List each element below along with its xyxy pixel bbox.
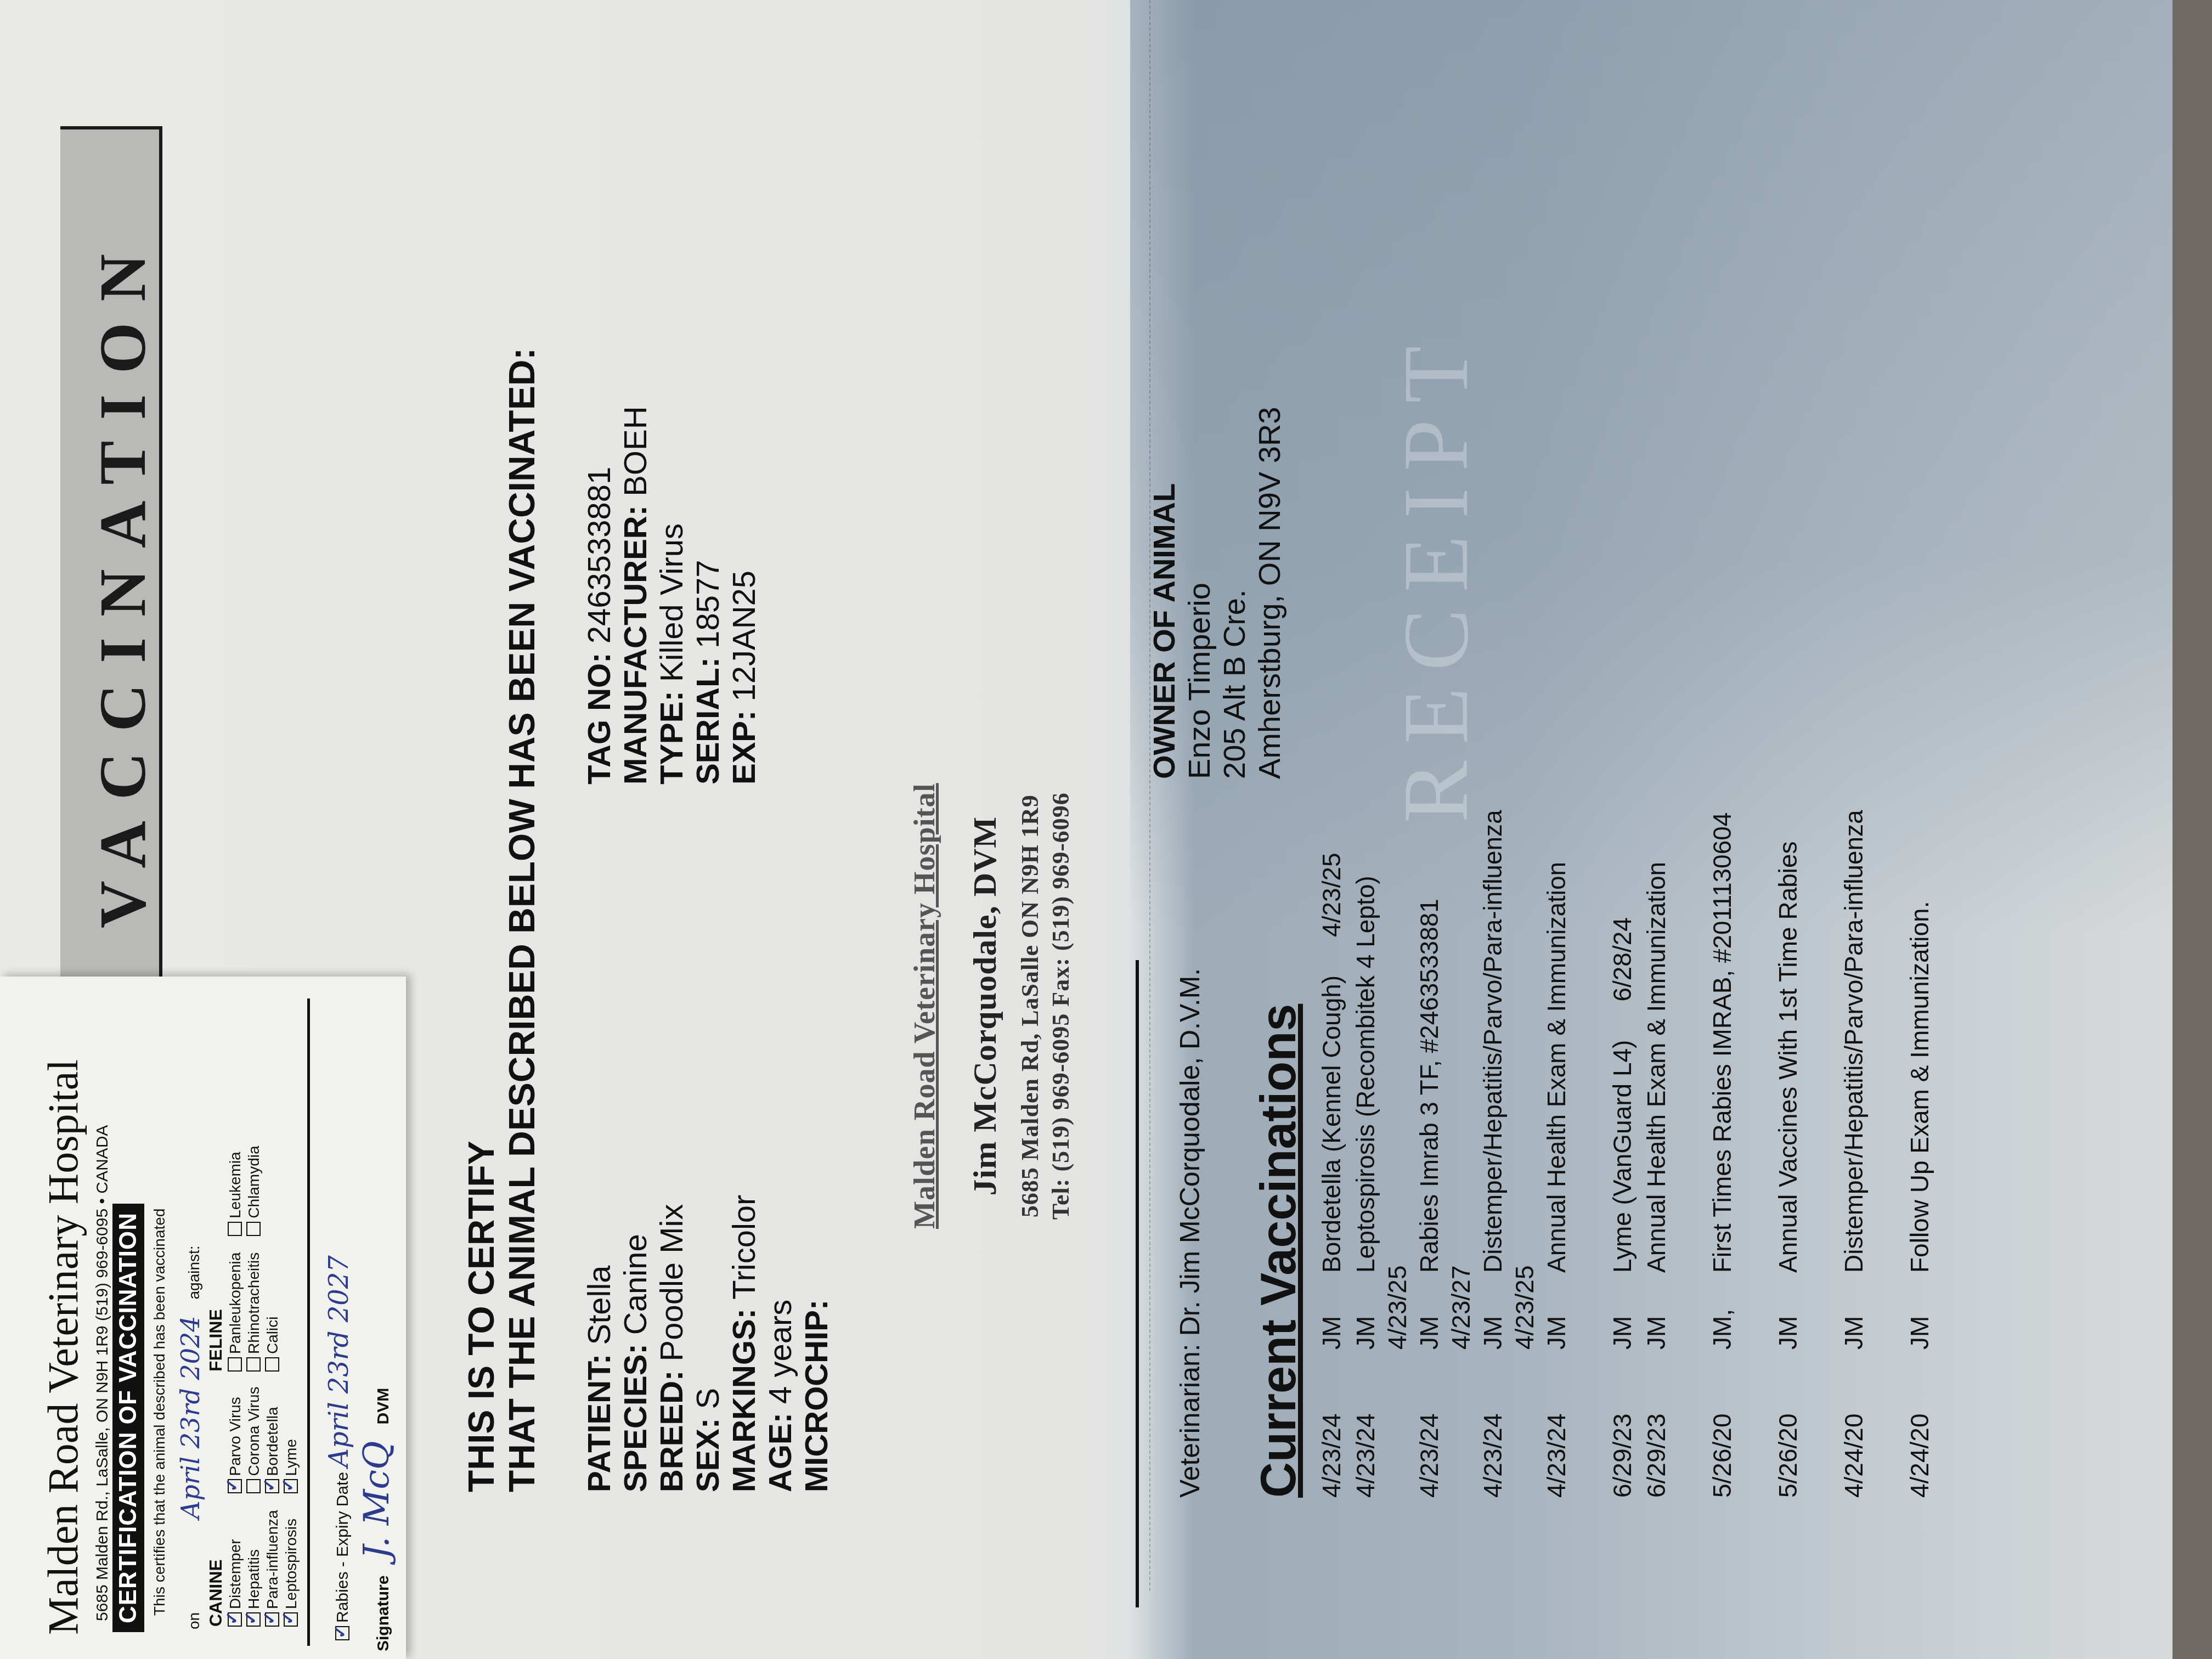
patient-field: SEX: S	[690, 1195, 726, 1492]
patient-field-label: MARKINGS:	[726, 1300, 762, 1492]
vacc-initials: JM	[1905, 1273, 1934, 1350]
section-divider	[1136, 960, 1139, 1607]
checkbox-label: Leptospirosis	[283, 1519, 300, 1609]
vacc-date: 4/23/24	[1317, 1350, 1346, 1498]
vaccination-row: 4/23/27	[1446, 1234, 1476, 1498]
vaccination-row: 4/23/24JMDistemper/Hepatitis/Parvo/Para-…	[1478, 771, 1508, 1498]
vacc-initials: JM	[1542, 1273, 1571, 1350]
veterinarian-line: Veterinarian: Dr. Jim McCorquodale, D.V.…	[1174, 968, 1206, 1498]
checklist-item: Para-influenza	[263, 1510, 282, 1627]
vaccine-field-value: 2463533881	[582, 467, 617, 644]
patient-field-value: Tricolor	[726, 1195, 762, 1300]
vacc-date: 4/23/24	[1542, 1350, 1571, 1498]
vacc-date: 5/26/20	[1773, 1350, 1803, 1498]
patient-details: PATIENT: StellaSPECIES: CanineBREED: Poo…	[582, 1195, 835, 1492]
card-on-line: onApril 23rd 2024against:	[176, 1245, 205, 1629]
patient-field-label: AGE:	[763, 1404, 798, 1492]
patient-field-label: SEX:	[690, 1409, 726, 1493]
checkbox-label: Rhinotracheitis	[245, 1252, 262, 1354]
vaccine-field-label: EXP:	[726, 702, 762, 785]
card-feline: FELINEPanleukopeniaRhinotracheitisCalici…	[206, 1145, 282, 1372]
stamp-hospital: Malden Road Veterinary Hospital	[894, 783, 955, 1229]
checklist-item: Distemper	[226, 1510, 245, 1627]
vacc-initials: JM	[1317, 1273, 1346, 1350]
vaccine-tag-details: TAG NO: 2463533881MANUFACTURER: BOEHTYPE…	[582, 406, 763, 785]
vacc-description: Distemper/Hepatitis/Parvo/Para-influenza	[1839, 810, 1869, 1273]
vaccine-field: TYPE: Killed Virus	[654, 406, 690, 785]
vaccination-row: 4/23/25	[1383, 1234, 1412, 1498]
vacc-description: Annual Health Exam & Immunization	[1542, 862, 1571, 1273]
patient-field-label: MICROCHIP:	[799, 1300, 834, 1492]
vaccination-row: 4/23/24JMRabies Imrab 3 TF, #2463533881	[1414, 860, 1444, 1498]
vaccination-row: 5/26/20JM,First Times Rabies IMRAB, #201…	[1707, 774, 1737, 1498]
rabies-expiry-date: April 23rd 2027	[324, 1255, 354, 1467]
vaccination-row: 4/23/24JMLeptospirosis (Recombitek 4 Lep…	[1351, 837, 1380, 1498]
patient-field-label: BREED:	[654, 1362, 690, 1492]
checkbox[interactable]	[246, 1612, 261, 1627]
checklist-item: Parvo Virus	[226, 1387, 245, 1494]
checkbox-label: Bordetella	[264, 1407, 281, 1476]
vacc-initials: JM	[1351, 1273, 1380, 1350]
vaccine-field-value: 12JAN25	[726, 571, 762, 702]
vaccination-row: 4/24/20JMFollow Up Exam & Immunization.	[1905, 863, 1934, 1498]
checkbox-label: Distemper	[227, 1539, 244, 1609]
checklist-item: Rhinotracheitis	[245, 1252, 263, 1372]
rabies-checkbox[interactable]	[335, 1626, 349, 1640]
checklist-item: Chlamydia	[245, 1145, 263, 1235]
vaccination-row: 4/23/25	[1510, 1234, 1539, 1498]
card-on-label: on	[185, 1612, 202, 1629]
checkbox[interactable]	[228, 1222, 242, 1236]
vaccine-field-label: SERIAL:	[690, 648, 726, 785]
checkbox-label: Corona Virus	[245, 1387, 262, 1476]
patient-field: MICROCHIP:	[799, 1195, 835, 1492]
owner-address-1: 205 Alt B Cre.	[1217, 407, 1252, 779]
vacc-initials: JM	[1773, 1273, 1803, 1350]
stamp-address: 5685 Malden Rd, LaSalle ON N9H 1R9	[1015, 783, 1046, 1229]
vacc-initials: 4/23/25	[1510, 1273, 1539, 1350]
checkbox-label: Lyme	[283, 1439, 300, 1476]
vacc-description: Annual Vaccines With 1st Time Rabies	[1773, 841, 1803, 1273]
patient-field-label: SPECIES:	[618, 1335, 653, 1492]
patient-field-value: Poodle Mix	[654, 1204, 690, 1362]
vacc-description: Leptospirosis (Recombitek 4 Lepto)	[1351, 876, 1380, 1273]
vaccine-field-label: TAG NO:	[582, 644, 617, 785]
checkbox[interactable]	[228, 1612, 242, 1627]
checklist-item: Panleukopenia	[226, 1252, 245, 1372]
checkbox[interactable]	[228, 1357, 242, 1372]
vacc-date: 4/24/20	[1839, 1350, 1869, 1498]
vaccination-card: Malden Road Veterinary Hospital 5685 Mal…	[0, 977, 406, 1659]
patient-field: SPECIES: Canine	[618, 1195, 654, 1492]
vaccine-field: EXP: 12JAN25	[726, 406, 763, 785]
vacc-date: 6/29/23	[1607, 1350, 1637, 1498]
vaccination-row: 6/29/23JMLyme (VanGuard L4)6/28/24	[1607, 917, 1637, 1498]
vaccination-row: 4/24/20JMDistemper/Hepatitis/Parvo/Para-…	[1839, 771, 1869, 1498]
checklist-heading: CANINE	[206, 1387, 226, 1627]
checkbox[interactable]	[284, 1612, 298, 1627]
vacc-date: 4/23/24	[1414, 1350, 1444, 1498]
vacc-initials: JM	[1607, 1273, 1637, 1350]
checklist-item: Corona Virus	[245, 1387, 263, 1494]
vacc-initials: 4/23/25	[1383, 1273, 1412, 1350]
owner-address-2: Amherstburg, ON N9V 3R3	[1252, 407, 1287, 779]
certify-line-1: THIS IS TO CERTIFY	[461, 348, 501, 1492]
checkbox[interactable]	[265, 1479, 279, 1493]
patient-field: MARKINGS: Tricolor	[726, 1195, 763, 1492]
vacc-date: 4/23/24	[1478, 1350, 1508, 1498]
patient-field-value: 4 years	[763, 1300, 798, 1404]
vacc-description: Follow Up Exam & Immunization.	[1905, 901, 1934, 1273]
card-address: 5685 Malden Rd., LaSalle, ON N9H 1R9 (51…	[93, 1125, 112, 1621]
vacc-date: 5/26/20	[1707, 1350, 1737, 1498]
vacc-initials: JM	[1478, 1273, 1508, 1350]
vacc-due-date: 4/23/25	[1317, 853, 1346, 936]
checkbox-label: Hepatitis	[245, 1549, 262, 1609]
vacc-initials: JM	[1839, 1273, 1869, 1350]
checkbox[interactable]	[265, 1612, 279, 1627]
patient-field-value: Stella	[582, 1265, 617, 1345]
owner-name: Enzo Timperio	[1182, 407, 1217, 779]
vacc-initials: 4/23/27	[1446, 1273, 1476, 1350]
checklist-item: Leptospirosis	[282, 1510, 301, 1627]
patient-field: AGE: 4 years	[763, 1195, 799, 1492]
owner-block: OWNER OF ANIMAL Enzo Timperio 205 Alt B …	[1147, 407, 1287, 779]
vacc-initials: JM	[1414, 1273, 1444, 1350]
patient-field: BREED: Poodle Mix	[654, 1195, 690, 1492]
vacc-date: 4/24/20	[1905, 1350, 1934, 1498]
stamp-phone: Tel: (519) 969-6095 Fax: (519) 969-6096	[1046, 783, 1076, 1229]
card-rabies: Rabies - Expiry Date April 23rd 2027	[324, 1255, 354, 1640]
clinic-stamp: Malden Road Veterinary Hospital Jim McCo…	[894, 783, 1076, 1229]
vacc-due-date: 6/28/24	[1607, 917, 1637, 1001]
checkbox[interactable]	[228, 1479, 242, 1493]
vacc-initials: JM,	[1707, 1273, 1737, 1350]
vacc-description: Lyme (VanGuard L4)	[1607, 1040, 1637, 1273]
vacc-description: First Times Rabies IMRAB, #2011130604	[1707, 812, 1737, 1273]
vaccination-row: 4/23/24JMBordetella (Kennel Cough)4/23/2…	[1317, 853, 1346, 1498]
patient-field-label: PATIENT:	[582, 1345, 617, 1492]
signature-handwritten: J. McQ	[357, 1441, 397, 1559]
checkbox[interactable]	[284, 1479, 298, 1493]
vaccine-field-value: BOEH	[618, 406, 653, 496]
patient-field-value: S	[690, 1388, 726, 1409]
checklist-heading: FELINE	[206, 1145, 226, 1372]
vacc-description: Rabies Imrab 3 TF, #2463533881	[1414, 899, 1444, 1273]
checkbox-label: Leukemia	[227, 1152, 244, 1218]
vaccine-field: MANUFACTURER: BOEH	[618, 406, 654, 785]
vacc-description: Bordetella (Kennel Cough)	[1317, 975, 1346, 1273]
receipt-bleedthrough: RECEIPT	[1383, 330, 1489, 823]
checklist-item: Calici	[263, 1252, 282, 1372]
certify-line-2: THAT THE ANIMAL DESCRIBED BELOW HAS BEEN…	[501, 348, 542, 1492]
vaccine-field-value: Killed Virus	[654, 523, 690, 682]
checkbox-label: Parvo Virus	[227, 1397, 244, 1476]
certify-heading: THIS IS TO CERTIFY THAT THE ANIMAL DESCR…	[461, 348, 542, 1492]
checkbox[interactable]	[246, 1357, 261, 1372]
vaccination-row: 5/26/20JMAnnual Vaccines With 1st Time R…	[1773, 803, 1803, 1498]
vacc-date: 4/23/24	[1351, 1350, 1380, 1498]
patient-field-value: Canine	[618, 1234, 653, 1335]
vaccination-row: 4/23/24JMAnnual Health Exam & Immunizati…	[1542, 823, 1571, 1498]
card-signature: SignatureJ. McQDVM	[357, 1388, 397, 1651]
card-band: CERTIFICATION OF VACCINATION	[112, 1204, 144, 1632]
checklist-item: Bordetella	[263, 1387, 282, 1494]
checkbox[interactable]	[246, 1479, 261, 1493]
vaccine-field: TAG NO: 2463533881	[582, 406, 618, 785]
current-vaccinations-title: Current Vaccinations	[1251, 1004, 1307, 1498]
card-divider	[307, 998, 310, 1646]
vacc-initials: JM	[1641, 1273, 1671, 1350]
checkbox-label: Panleukopenia	[227, 1252, 244, 1354]
checklist-item: Hepatitis	[245, 1510, 263, 1627]
checklist-item: Lyme	[282, 1387, 301, 1494]
checkbox-label: Chlamydia	[245, 1145, 262, 1218]
vaccination-row: 6/29/23JMAnnual Health Exam & Immunizati…	[1641, 823, 1671, 1498]
vaccine-field-label: TYPE:	[654, 682, 690, 785]
checkbox[interactable]	[246, 1222, 261, 1236]
stamp-doctor: Jim McCorquodale, DVM	[955, 783, 1015, 1229]
vaccine-field-label: MANUFACTURER:	[618, 496, 653, 785]
rabies-label: Rabies - Expiry Date	[334, 1472, 352, 1623]
card-canine: CANINEDistemperHepatitisPara-influenzaLe…	[206, 1387, 301, 1627]
checklist-item: Leukemia	[226, 1145, 245, 1235]
card-against-label: against:	[185, 1245, 202, 1299]
checkbox-label: Para-influenza	[264, 1510, 281, 1609]
vaccine-field: SERIAL: 18577	[690, 406, 726, 785]
card-hospital-name: Malden Road Veterinary Hospital	[38, 1059, 88, 1635]
vacc-date: 6/29/23	[1641, 1350, 1671, 1498]
vaccine-field-value: 18577	[690, 560, 726, 648]
vacc-description: Distemper/Hepatitis/Parvo/Para-influenza	[1478, 810, 1508, 1273]
card-on-date: April 23rd 2024	[176, 1316, 205, 1519]
checkbox[interactable]	[265, 1357, 279, 1372]
patient-field: PATIENT: Stella	[582, 1195, 618, 1492]
signature-label: Signature	[374, 1576, 392, 1651]
vacc-description: Annual Health Exam & Immunization	[1641, 862, 1671, 1273]
paper-fold	[1149, 0, 1153, 1591]
dvm-label: DVM	[374, 1388, 392, 1425]
card-certifies: This certifies that the animal described…	[151, 1209, 168, 1616]
checkbox-label: Calici	[264, 1317, 281, 1354]
owner-label: OWNER OF ANIMAL	[1147, 407, 1182, 779]
